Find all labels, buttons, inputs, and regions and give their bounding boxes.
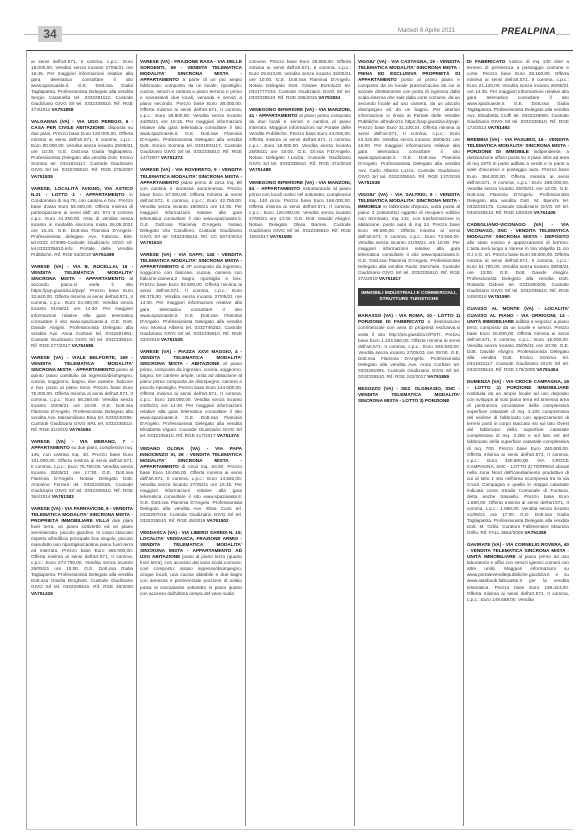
listing-reference-code: VA751538 [358, 180, 380, 185]
listing-item: VALGANNA (VA) - VIA UGO PEREGO, 6 - CASA… [31, 119, 133, 179]
listing-reference-code: VA751590 [488, 294, 510, 299]
section-header-box: IMMOBILI INDUSTRIALI E COMMERCIALI,STRUT… [358, 288, 460, 306]
listing-body: a parte di un più ampio fabbricato, comp… [140, 77, 242, 161]
listing-reference-code: VA751859 [52, 107, 74, 112]
listing-reference-code: VA751594 [69, 427, 91, 432]
listing-body: rustico di mq 130 oltre a terreno di per… [467, 59, 569, 131]
listing-item: GAVIRATE (VA) - VIA CORNELIO ROVERA, 40 … [467, 542, 569, 602]
listing-item: VARESE (VA) - PIAZZA XXVI MAGGIO, 4 - VE… [140, 349, 242, 440]
listing-item: VARESE (VA) - VIA PARRAVICINI, 9 - VENDI… [31, 506, 133, 597]
listing-item: BESOZZO (VA) - SEZ. OLGINASIO, SNC - VEN… [358, 386, 460, 404]
listing-body: posto al piano terzo (quarto fuori terra… [140, 554, 242, 595]
listing-reference-code: VA751374 [217, 433, 239, 438]
column-4: VIGGIU' (VA) - VIA CASTAGNA, 19 - VENDIT… [355, 54, 464, 826]
listing-item: VENEGONO INFERIORE (VA) - VIA MANZONI, 4… [249, 107, 351, 174]
listing-item: CADEGLIANO-VICONAGO (VA) - VIA VICONAGO,… [467, 222, 569, 301]
listing-body: su due piani, complessivi mq. 145, con c… [31, 445, 133, 498]
listing-reference-code: VA751834 [318, 95, 340, 100]
listing-body: comune. Prezzo base Euro 39.885,00. Offe… [249, 59, 351, 100]
listing-item: VARESE, LOCALITÀ AVIGNO, VIA ASTICO N.21… [31, 186, 133, 259]
column-2: VARESE (VA) - FRAZIONE RASA - VIA DELLE … [137, 54, 246, 826]
listing-reference-code: VA751488 [249, 167, 271, 172]
column-1: ai sensi dell'art.571, II comma, c.p.c.:… [28, 54, 137, 826]
listing-body: adibita a negozio: a piano terra, compos… [467, 319, 569, 372]
listing-body: indipendente, a destinazione ufficio pos… [467, 149, 569, 214]
listing-body: al piano primo composto da due locali e … [249, 113, 351, 166]
listing-item: VEDDASCA (VA) - VIA LIBERO SAREDI N. 15;… [140, 530, 242, 597]
listing-reference-code: VA751855 [427, 374, 449, 379]
listing-heading: VARESE (VA) - VIA B. RUCELLAI, 16 - VEND… [31, 264, 133, 281]
listing-heading: BESOZZO (VA) - SEZ. OLGINASIO, SNC - VEN… [358, 386, 460, 403]
listing-body: al secondo piano.si veda il sito https:/… [31, 276, 133, 348]
listing-body: costituita da un ampio locale ad uso dep… [467, 391, 569, 535]
listing-item: comune. Prezzo base Euro 39.885,00. Offe… [249, 59, 351, 101]
listing-columns: ai sensi dell'art.571, II comma, c.p.c.:… [28, 54, 572, 826]
listing-item: VARESE (VA) - VIA MERANO, 7 - APPARTAMEN… [31, 439, 133, 499]
listing-item: ai sensi dell'art.571, II comma, c.p.c.:… [31, 59, 133, 113]
listing-body: ristrutturando al piano primo con locali… [249, 186, 351, 239]
listing-body: posto al primo piano e composto da un lo… [358, 77, 460, 179]
listing-reference-code: VA751505 [270, 234, 292, 239]
listing-body: a destinazione commerciale con area di p… [358, 319, 460, 378]
listing-heading: VARESE, LOCALITÀ AVIGNO, VIA ASTICO N.21… [31, 186, 133, 197]
listing-reference-code: VA751502 [207, 518, 229, 523]
listing-reference-code: VA751835 [31, 174, 53, 179]
listing-item: BARASSO (VA) - VIA ROMA, 10 - LOTTO 1) P… [358, 313, 460, 380]
listing-item: VARESE (VA) - FRAZIONE RASA - VIA DELLE … [140, 59, 242, 162]
listing-reference-code: VA751404 [536, 367, 558, 372]
listing-reference-code: VA751610 [140, 240, 162, 245]
listing-reference-code: VA751525 [161, 337, 183, 342]
listing-reference-code: VA751498 [92, 252, 114, 257]
listing-item: DI FABBRICATO rustico di mq 130 oltre a … [467, 59, 569, 132]
listing-item: VIGGIU' (VA) - VIA SALTRIO, 9 - VENDITA … [358, 192, 460, 283]
listing-body: disposta su due piani. Prezzo base Euro … [31, 125, 133, 172]
listing-reference-code: VA751585 [72, 343, 94, 348]
column-3: comune. Prezzo base Euro 39.885,00. Offe… [246, 54, 355, 826]
section-title-line2: STRUTTURE TURISTICHE [360, 297, 458, 303]
listing-item: VARESE (VA) - VIALE BELFORTE, 169 - VEND… [31, 355, 133, 434]
listing-body: in fabbricato d'epoca, unità posta al pi… [358, 204, 460, 282]
listing-body: piano primo di circa mq. 80 con cantina … [140, 180, 242, 239]
listing-body: in Condominio di mq 76, con cantina e bo… [31, 192, 133, 257]
listing-reference-code: VA751492 [488, 125, 510, 130]
listing-item: VENEGONO INFERIORE (VA) - VIA MANZONI, 6… [249, 180, 351, 240]
listing-body: allo stato rustico e appezzamenti di ter… [467, 240, 569, 299]
listing-body: ai sensi dell'art.571, II comma, c.p.c.:… [31, 59, 133, 112]
listing-body: due piani fuori terra, un piano sottotet… [31, 518, 133, 590]
listing-heading: DI FABBRICATO [467, 59, 505, 64]
listing-item: BREBBIA (VA) - VIA PASUBIO, 16 - VENDITA… [467, 137, 569, 216]
listing-item: VARESE (VA) - VIA B. RUCELLAI, 16 - VEND… [31, 264, 133, 349]
listing-item: VIGGIU' (VA) - VIA CASTAGNA, 19 - VENDIT… [358, 59, 460, 186]
listing-body: al piano primo, composta da ingresso, cu… [140, 361, 242, 439]
listing-body: al piano primo ad uso laboratorio e uffi… [467, 554, 569, 601]
listing-item: VARESE (VA) - VIA SAFFI, 145 - VENDITA T… [140, 252, 242, 343]
listing-heading: DUMENZA (VA) - VIA CROCE CAMPAGNA, 19 - … [467, 379, 569, 390]
listing-item: VARESE (VA) - VIA ROVERETO, 9 - VENDITA … [140, 167, 242, 246]
newspaper-brand: PREALPINA [498, 26, 556, 36]
listing-reference-code: VA751405 [534, 210, 556, 215]
listing-item: CUASSO AL MONTE (VA) - LOCALITA' CUASSO … [467, 306, 569, 373]
listing-heading: CADEGLIANO-VICONAGO (VA) - VIA VICONAGO,… [467, 222, 569, 239]
listing-reference-code: VA751372 [161, 155, 183, 160]
page-header: 34 Martedì 6 Aprile 2021 PREALPINA [0, 0, 580, 45]
column-5: DI FABBRICATO rustico di mq 130 oltre a … [464, 54, 572, 826]
header-rule [24, 34, 570, 35]
listing-reference-code: VA751817 [379, 276, 401, 281]
issue-date: Martedì 6 Aprile 2021 [395, 28, 458, 34]
listing-reference-code: VA751355 [524, 530, 546, 535]
listing-body: al 2P composto da ingresso, soggiorno co… [140, 264, 242, 342]
listing-item: DUMENZA (VA) - VIA CROCE CAMPAGNA, 19 - … [467, 379, 569, 536]
listing-item: VEDANO OLONA (VA) - VIA PAPA INNOCENZO X… [140, 446, 242, 525]
listing-body: posto al quinto piano costituito da ingr… [31, 367, 133, 432]
listing-reference-code: VA751383 [52, 494, 74, 499]
page-number: 34 [38, 26, 62, 42]
listing-body: di circa mq. 63,60. Prezzo base Euro 19.… [140, 464, 242, 523]
listing-reference-code: VA751426 [31, 591, 53, 596]
